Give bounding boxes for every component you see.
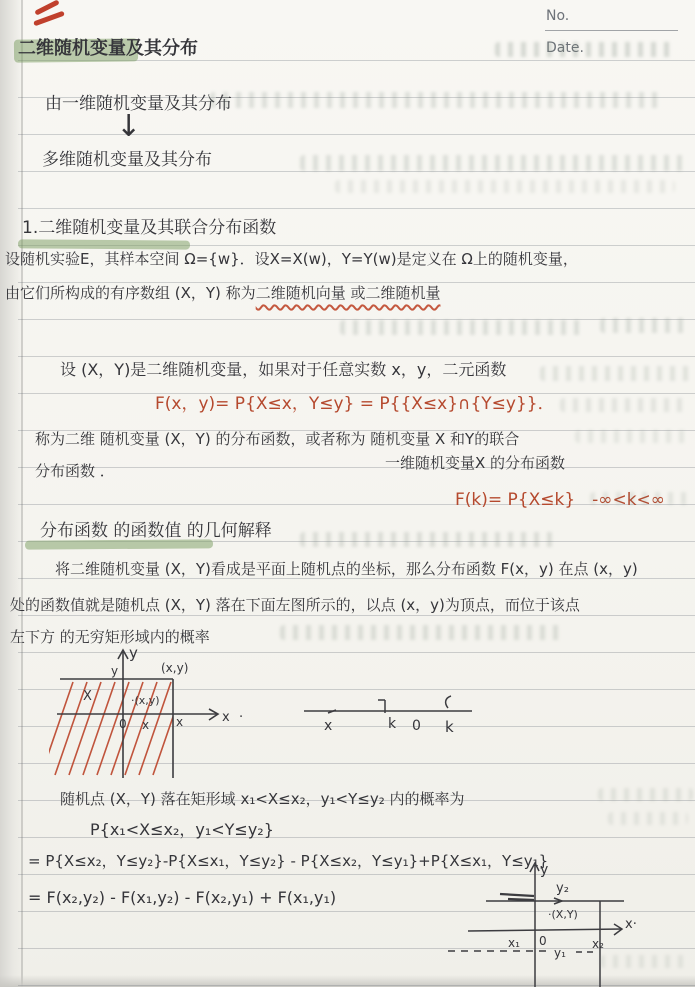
section1-line5: 分布函数 ．: [35, 462, 115, 481]
fig2-x1-label: x₁: [508, 936, 520, 950]
heading1-underline-highlight: [18, 239, 190, 249]
number-line-strokes: [304, 696, 472, 713]
section3-line1: 随机点 (X，Y) 落在矩形域 x₁<X≤x₂，y₁<Y≤y₂ 内的概率为: [60, 790, 465, 809]
section2-line2: 处的函数值就是随机点 (X，Y) 落在下面左图所示的，以点 (x，y)为顶点，而…: [10, 596, 580, 615]
fig2-origin: 0: [539, 934, 547, 948]
fig1-point-label: ·(x,y): [131, 694, 160, 707]
ruled-line: [18, 356, 695, 357]
fig1-region-mark: X: [83, 689, 92, 704]
fig2-x2-label: x₂: [592, 937, 604, 951]
bleed-through-smudge: [560, 398, 690, 412]
fig2-y2-label: y₂: [556, 881, 569, 896]
bleed-through-smudge: [608, 812, 688, 825]
page-crease-line: [21, 0, 23, 987]
ruled-line: [18, 615, 695, 616]
flow-to: 多维随机变量及其分布: [42, 150, 212, 171]
bleed-through-smudge: [335, 180, 675, 193]
bleed-through-smudge: [540, 366, 690, 381]
no-underline: [545, 30, 678, 31]
joint-cdf-formula: F(x，y)= P{X≤x，Y≤y} = P{{X≤x}∩{Y≤y}}．: [155, 394, 555, 415]
fig2-point-label: ·(X,Y): [548, 908, 578, 921]
bleed-through-smudge: [340, 320, 585, 335]
cdf-region-figure: y y (x,y) X ·(x,y) 0 x x x ·: [35, 642, 300, 782]
section1-line2: 由它们所构成的有序数组 (X，Y) 称为二维随机向量 或二维随机量: [5, 284, 440, 303]
section3-line2: P{x₁<X≤x₂，y₁<Y≤y₂}: [90, 820, 274, 840]
fig2-x-axis-label: x·: [625, 917, 637, 932]
numberline-k-left: k: [388, 716, 397, 732]
side-note: 一维随机变量X 的分布函数: [385, 454, 565, 473]
section1-line3: 设 (X，Y)是二维随机变量，如果对于任意实数 x，y，二元函数: [60, 360, 506, 380]
bleed-through-smudge: [575, 430, 690, 443]
bleed-through-smudge: [300, 532, 555, 547]
fig1-y-tick: y: [111, 664, 118, 678]
section1-line4: 称为二维 随机变量 (X，Y) 的分布函数，或者称为 随机变量 X 和Y的联合: [35, 430, 519, 449]
date-smudge: [495, 42, 677, 57]
bleed-through-smudge: [300, 155, 685, 171]
fig1-x-corner: x: [176, 715, 183, 729]
fig2-y-axis-label: y: [540, 862, 548, 878]
bleed-through-smudge: [598, 788, 693, 801]
numberline-x-label: x: [324, 718, 332, 734]
bleed-through-smudge: [280, 625, 565, 640]
numberline-k-right: k: [445, 718, 454, 736]
page-title: 二维随机变量及其分布: [18, 38, 198, 61]
fig1-y-axis-label: y: [129, 644, 138, 662]
section1-line1: 设随机实验E，其样本空间 Ω={w}．设X=X(w)，Y=Y(w)是定义在 Ω上…: [5, 250, 578, 269]
section2-line1: 将二维随机变量 (X，Y)看成是平面上随机点的坐标，那么分布函数 F(x，y) …: [55, 560, 638, 579]
bleed-through-smudge: [210, 92, 660, 108]
fig1-x-tick: x: [142, 718, 149, 732]
bleed-through-smudge: [590, 492, 690, 505]
figure-axes: [57, 650, 218, 778]
fig2-y1-label: y₁: [554, 946, 566, 960]
bleed-through-smudge: [600, 955, 688, 968]
underlined-term: 二维随机向量 或二维随机量: [256, 284, 441, 302]
text-run: 由它们所构成的有序数组 (X，Y) 称为: [5, 284, 256, 302]
section2-heading: 分布函数 的函数值 的几何解释: [40, 521, 272, 542]
number-line-figure: x k 0 k: [298, 692, 483, 737]
notebook-page: No. Date. 二维随机变量及其分布 由一维随机变量及其分布 ↓ 多维随机变…: [0, 0, 695, 987]
ruled-line: [18, 282, 695, 283]
ruled-line: [18, 467, 695, 468]
fig1-x-axis-label: x: [222, 710, 230, 725]
down-arrow-icon: ↓: [116, 112, 141, 142]
numberline-origin: 0: [412, 718, 421, 734]
section3-line4: = F(x₂,y₂) - F(x₁,y₂) - F(x₂,y₁) + F(x₁,…: [28, 888, 336, 908]
section1-heading: 1.二维随机变量及其联合分布函数: [22, 218, 276, 239]
fig1-dot: ·: [239, 710, 243, 725]
ruled-line: [18, 208, 695, 209]
no-label: No.: [546, 8, 569, 26]
fig2-strokes: [448, 863, 624, 987]
red-hatching: [41, 682, 185, 775]
bleed-through-smudge: [600, 318, 690, 333]
fig1-origin: 0: [119, 717, 127, 731]
fig1-corner-label: (x,y): [161, 661, 188, 675]
